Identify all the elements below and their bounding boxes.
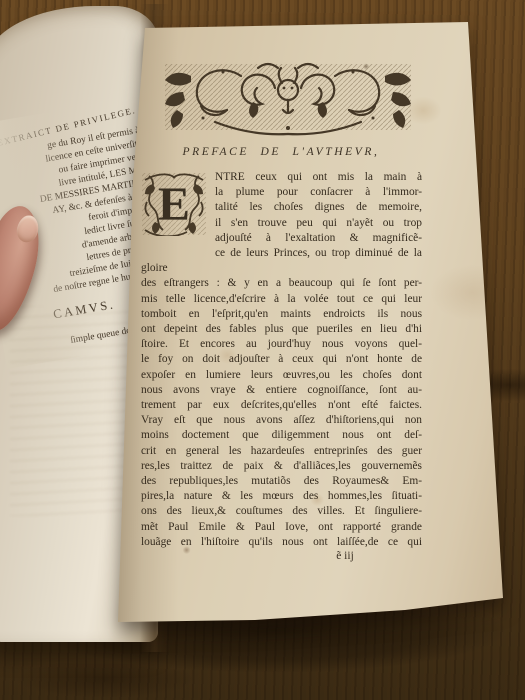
- body-text-line: moins doctement que diligemment nous ont…: [141, 428, 422, 443]
- signature-mark: ẽ iij: [295, 550, 395, 562]
- body-text-line: ſtoire. Et encores au jourd'huy nous voy…: [141, 337, 422, 352]
- body-text-line: pires,la nature & les mœurs des hommes,l…: [141, 489, 422, 504]
- body-text-line: expoſer en lumiere leurs œuvres,ou les c…: [141, 368, 422, 383]
- body-text-line: tomboit en l'eſprit,qu'en maints endroic…: [141, 307, 422, 322]
- decorated-initial-icon: E: [141, 172, 211, 248]
- body-text-line: ce de leurs Princes, ou trop diminué de …: [141, 246, 422, 276]
- drop-cap-letter: E: [158, 178, 190, 231]
- body-text-line: nous avons vraye & entiere cognoiſſance,…: [141, 383, 422, 398]
- body-text-line: trement par eux deſcrites,qu'elles n'ont…: [141, 398, 422, 413]
- body-text-line: ons des lieux,& couſtumes des villes. Et…: [141, 504, 422, 519]
- body-text-line: des eſtrangers : & y en a beaucoup qui ſ…: [141, 276, 422, 291]
- body-text-line: Vray eſt que nous avons aſſez d'hiſtorie…: [141, 413, 422, 428]
- preface-heading: PREFACE DE L'AVTHEVR,: [145, 146, 417, 158]
- right-page: PREFACE DE L'AVTHEVR,: [105, 10, 513, 638]
- body-text-line: ont depeint des fables plus que pueriles…: [141, 322, 422, 337]
- body-text-line: louãge en l'hiſtoire qu'ils nous ont lai…: [141, 535, 422, 550]
- body-text-line: res,les traittez de paix & d'alliãces,le…: [141, 459, 422, 474]
- body-text-line: mis telle licence,d'eſcrire à la volée t…: [141, 292, 422, 307]
- body-text-line: des republiques,les mutatiõs des Royaume…: [141, 474, 422, 489]
- body-text-line: le foy on doit adjouſter à ceux qui n'on…: [141, 352, 422, 367]
- woodcut-headpiece-ornament-icon: [163, 58, 413, 138]
- photo-open-antique-book: EXTRAICT DE PRIVILEGE. ge du Roy il eſt …: [0, 0, 525, 700]
- body-text-line: mẽt Paul Emile & Paul Iove, ont rapporté…: [141, 520, 422, 535]
- right-page-wrapper: PREFACE DE L'AVTHEVR,: [105, 10, 513, 638]
- preface-body: E NTRE ceux qui ont mis la main àla plum…: [141, 170, 422, 550]
- body-text-line: crit en general les hazardeuſes entrepri…: [141, 444, 422, 459]
